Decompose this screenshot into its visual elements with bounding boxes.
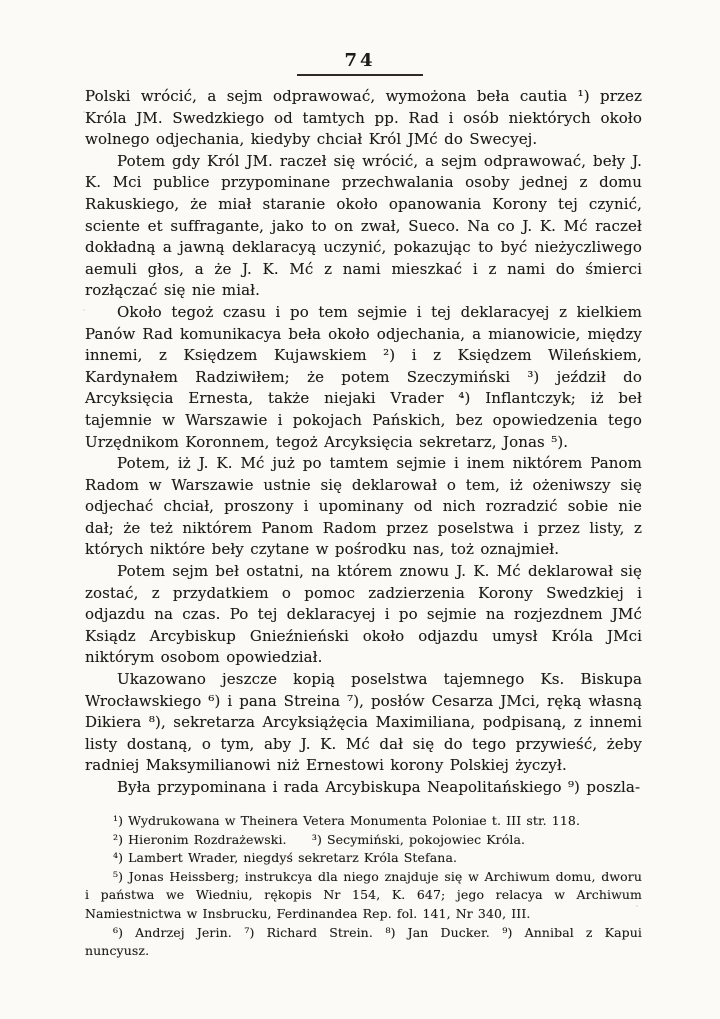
- paragraph-2: Potem gdy Król JM. raczeł się wrócić, a …: [85, 151, 642, 302]
- paragraph-1: Polski wrócić, a sejm odprawować, wymożo…: [85, 86, 642, 151]
- footnotes-block: ¹) Wydrukowana w Theinera Vetera Monumen…: [85, 812, 642, 961]
- paragraph-5: Potem sejm beł ostatni, na którem znowu …: [85, 561, 642, 669]
- scanned-book-page: 74 Polski wrócić, a sejm odprawować, wym…: [0, 0, 720, 1019]
- footnote-5: ⁵) Jonas Heissberg; instrukcya dla niego…: [85, 868, 642, 924]
- paragraph-4: Potem, iż J. K. Mć już po tamtem sejmie …: [85, 453, 642, 561]
- body-text: Polski wrócić, a sejm odprawować, wymożo…: [85, 86, 642, 799]
- footnote-1: ¹) Wydrukowana w Theinera Vetera Monumen…: [85, 812, 642, 831]
- footnote-2-3: ²) Hieronim Rozdrażewski. ³) Secymiński,…: [85, 831, 642, 850]
- paragraph-6: Ukazowano jeszcze kopią poselstwa tajemn…: [85, 669, 642, 777]
- footnote-6-9: ⁶) Andrzej Jerin. ⁷) Richard Strein. ⁸) …: [85, 924, 642, 961]
- paragraph-7: Była przypominana i rada Arcybiskupa Nea…: [85, 777, 642, 799]
- footnote-4: ⁴) Lambert Wrader, niegdyś sekretarz Kró…: [85, 849, 642, 868]
- paragraph-3: Około tegoż czasu i po tem sejmie i tej …: [85, 302, 642, 453]
- page-header: 74: [0, 50, 720, 76]
- page-number: 74: [297, 50, 423, 76]
